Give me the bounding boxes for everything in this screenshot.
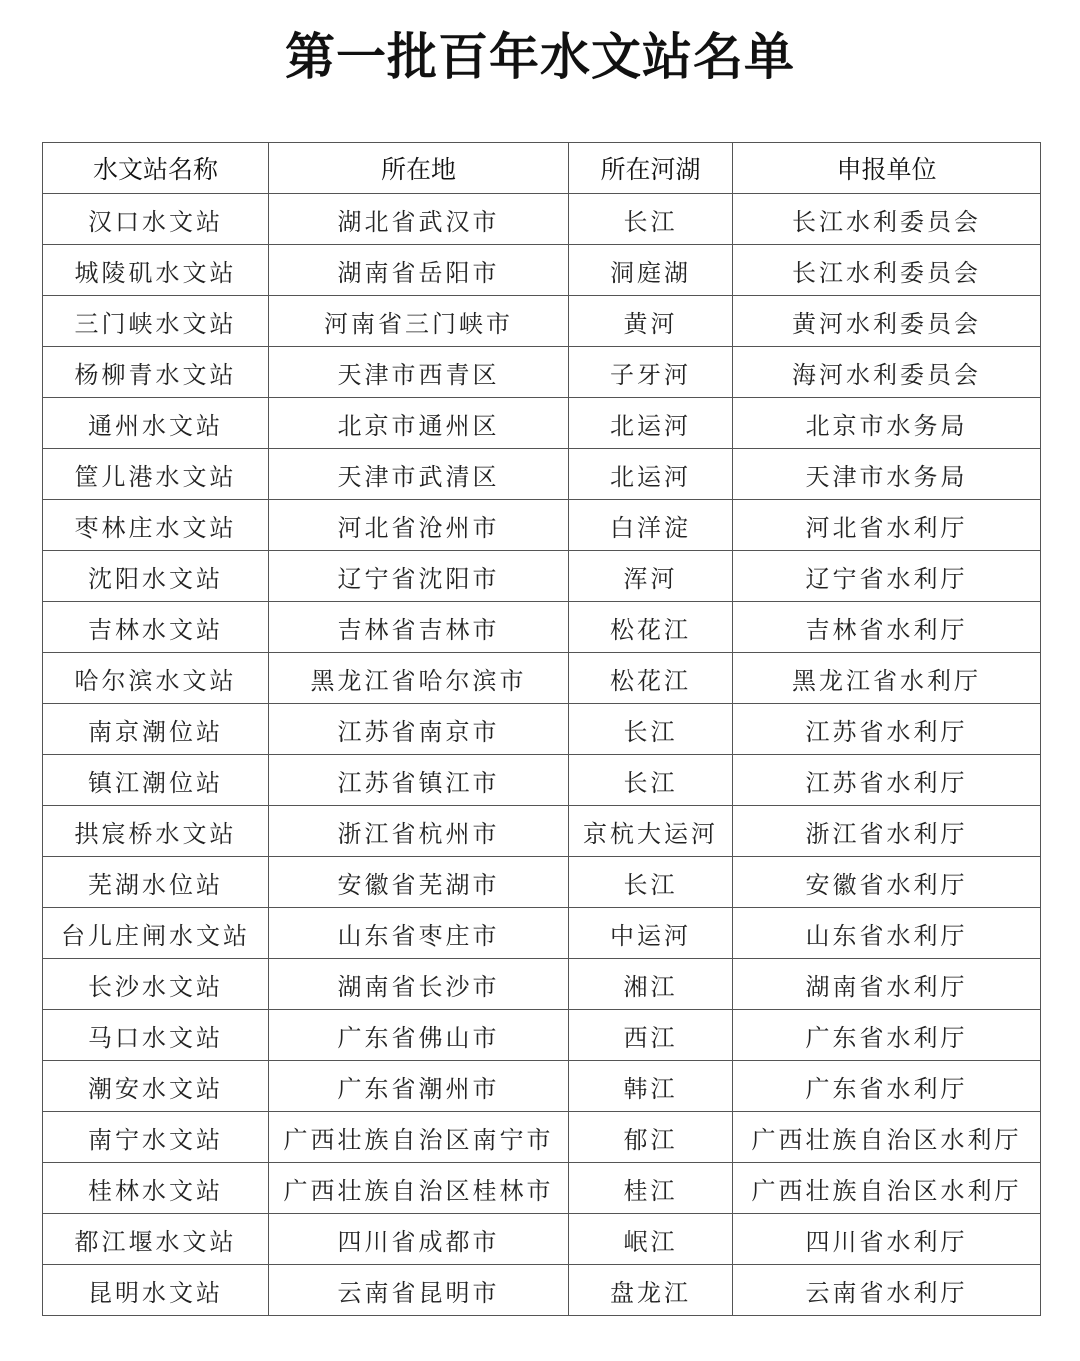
table-row: 吉林水文站吉林省吉林市松花江吉林省水利厅 [43, 602, 1041, 653]
cell-applicant: 湖南省水利厅 [733, 959, 1041, 1010]
cell-station-name: 芜湖水位站 [43, 857, 269, 908]
table-row: 拱宸桥水文站浙江省杭州市京杭大运河浙江省水利厅 [43, 806, 1041, 857]
table-row: 长沙水文站湖南省长沙市湘江湖南省水利厅 [43, 959, 1041, 1010]
cell-station-name: 都江堰水文站 [43, 1214, 269, 1265]
table-row: 桂林水文站广西壮族自治区桂林市桂江广西壮族自治区水利厅 [43, 1163, 1041, 1214]
table-row: 枣林庄水文站河北省沧州市白洋淀河北省水利厅 [43, 500, 1041, 551]
cell-applicant: 浙江省水利厅 [733, 806, 1041, 857]
cell-location: 湖南省长沙市 [269, 959, 569, 1010]
cell-river-lake: 京杭大运河 [569, 806, 733, 857]
cell-applicant: 长江水利委员会 [733, 194, 1041, 245]
cell-river-lake: 松花江 [569, 653, 733, 704]
cell-location: 江苏省镇江市 [269, 755, 569, 806]
cell-station-name: 筐儿港水文站 [43, 449, 269, 500]
cell-river-lake: 长江 [569, 857, 733, 908]
cell-river-lake: 韩江 [569, 1061, 733, 1112]
cell-station-name: 三门峡水文站 [43, 296, 269, 347]
cell-station-name: 台儿庄闸水文站 [43, 908, 269, 959]
cell-applicant: 黑龙江省水利厅 [733, 653, 1041, 704]
cell-location: 浙江省杭州市 [269, 806, 569, 857]
table-row: 哈尔滨水文站黑龙江省哈尔滨市松花江黑龙江省水利厅 [43, 653, 1041, 704]
cell-river-lake: 长江 [569, 755, 733, 806]
cell-river-lake: 洞庭湖 [569, 245, 733, 296]
cell-applicant: 北京市水务局 [733, 398, 1041, 449]
cell-applicant: 吉林省水利厅 [733, 602, 1041, 653]
cell-river-lake: 郁江 [569, 1112, 733, 1163]
cell-location: 广西壮族自治区桂林市 [269, 1163, 569, 1214]
cell-applicant: 江苏省水利厅 [733, 704, 1041, 755]
cell-station-name: 潮安水文站 [43, 1061, 269, 1112]
cell-river-lake: 子牙河 [569, 347, 733, 398]
cell-location: 河北省沧州市 [269, 500, 569, 551]
cell-river-lake: 长江 [569, 194, 733, 245]
cell-applicant: 天津市水务局 [733, 449, 1041, 500]
cell-station-name: 城陵矶水文站 [43, 245, 269, 296]
cell-location: 黑龙江省哈尔滨市 [269, 653, 569, 704]
cell-station-name: 南京潮位站 [43, 704, 269, 755]
cell-applicant: 云南省水利厅 [733, 1265, 1041, 1316]
table-row: 潮安水文站广东省潮州市韩江广东省水利厅 [43, 1061, 1041, 1112]
cell-location: 吉林省吉林市 [269, 602, 569, 653]
header-applicant: 申报单位 [733, 143, 1041, 194]
cell-river-lake: 湘江 [569, 959, 733, 1010]
cell-location: 广东省佛山市 [269, 1010, 569, 1061]
cell-location: 江苏省南京市 [269, 704, 569, 755]
cell-location: 湖南省岳阳市 [269, 245, 569, 296]
cell-applicant: 安徽省水利厅 [733, 857, 1041, 908]
cell-station-name: 镇江潮位站 [43, 755, 269, 806]
document-title: 第一批百年水文站名单 [0, 22, 1080, 92]
cell-river-lake: 白洋淀 [569, 500, 733, 551]
table-row: 汉口水文站湖北省武汉市长江长江水利委员会 [43, 194, 1041, 245]
table-row: 城陵矶水文站湖南省岳阳市洞庭湖长江水利委员会 [43, 245, 1041, 296]
cell-location: 安徽省芜湖市 [269, 857, 569, 908]
header-river-lake: 所在河湖 [569, 143, 733, 194]
cell-river-lake: 桂江 [569, 1163, 733, 1214]
cell-station-name: 杨柳青水文站 [43, 347, 269, 398]
station-table: 水文站名称 所在地 所在河湖 申报单位 汉口水文站湖北省武汉市长江长江水利委员会… [42, 142, 1041, 1316]
cell-applicant: 江苏省水利厅 [733, 755, 1041, 806]
cell-river-lake: 西江 [569, 1010, 733, 1061]
cell-river-lake: 黄河 [569, 296, 733, 347]
cell-location: 湖北省武汉市 [269, 194, 569, 245]
table-row: 马口水文站广东省佛山市西江广东省水利厅 [43, 1010, 1041, 1061]
cell-location: 山东省枣庄市 [269, 908, 569, 959]
cell-applicant: 四川省水利厅 [733, 1214, 1041, 1265]
table-row: 筐儿港水文站天津市武清区北运河天津市水务局 [43, 449, 1041, 500]
cell-applicant: 长江水利委员会 [733, 245, 1041, 296]
cell-location: 广西壮族自治区南宁市 [269, 1112, 569, 1163]
cell-river-lake: 北运河 [569, 398, 733, 449]
cell-station-name: 沈阳水文站 [43, 551, 269, 602]
table-header-row: 水文站名称 所在地 所在河湖 申报单位 [43, 143, 1041, 194]
cell-applicant: 辽宁省水利厅 [733, 551, 1041, 602]
cell-station-name: 南宁水文站 [43, 1112, 269, 1163]
table-row: 沈阳水文站辽宁省沈阳市浑河辽宁省水利厅 [43, 551, 1041, 602]
table-row: 南宁水文站广西壮族自治区南宁市郁江广西壮族自治区水利厅 [43, 1112, 1041, 1163]
cell-applicant: 广东省水利厅 [733, 1061, 1041, 1112]
cell-location: 北京市通州区 [269, 398, 569, 449]
cell-station-name: 桂林水文站 [43, 1163, 269, 1214]
table-row: 通州水文站北京市通州区北运河北京市水务局 [43, 398, 1041, 449]
table-row: 都江堰水文站四川省成都市岷江四川省水利厅 [43, 1214, 1041, 1265]
cell-location: 辽宁省沈阳市 [269, 551, 569, 602]
cell-river-lake: 岷江 [569, 1214, 733, 1265]
cell-location: 四川省成都市 [269, 1214, 569, 1265]
cell-station-name: 汉口水文站 [43, 194, 269, 245]
table-row: 南京潮位站江苏省南京市长江江苏省水利厅 [43, 704, 1041, 755]
cell-river-lake: 长江 [569, 704, 733, 755]
cell-location: 云南省昆明市 [269, 1265, 569, 1316]
cell-station-name: 长沙水文站 [43, 959, 269, 1010]
cell-station-name: 昆明水文站 [43, 1265, 269, 1316]
cell-location: 天津市武清区 [269, 449, 569, 500]
cell-river-lake: 浑河 [569, 551, 733, 602]
header-location: 所在地 [269, 143, 569, 194]
cell-applicant: 海河水利委员会 [733, 347, 1041, 398]
cell-river-lake: 北运河 [569, 449, 733, 500]
cell-applicant: 广东省水利厅 [733, 1010, 1041, 1061]
cell-applicant: 山东省水利厅 [733, 908, 1041, 959]
header-station-name: 水文站名称 [43, 143, 269, 194]
cell-river-lake: 中运河 [569, 908, 733, 959]
table-row: 三门峡水文站河南省三门峡市黄河黄河水利委员会 [43, 296, 1041, 347]
table-row: 台儿庄闸水文站山东省枣庄市中运河山东省水利厅 [43, 908, 1041, 959]
cell-applicant: 广西壮族自治区水利厅 [733, 1112, 1041, 1163]
cell-river-lake: 盘龙江 [569, 1265, 733, 1316]
cell-applicant: 广西壮族自治区水利厅 [733, 1163, 1041, 1214]
table-row: 镇江潮位站江苏省镇江市长江江苏省水利厅 [43, 755, 1041, 806]
cell-station-name: 哈尔滨水文站 [43, 653, 269, 704]
cell-location: 天津市西青区 [269, 347, 569, 398]
cell-station-name: 拱宸桥水文站 [43, 806, 269, 857]
cell-station-name: 枣林庄水文站 [43, 500, 269, 551]
cell-station-name: 吉林水文站 [43, 602, 269, 653]
table-row: 杨柳青水文站天津市西青区子牙河海河水利委员会 [43, 347, 1041, 398]
cell-location: 广东省潮州市 [269, 1061, 569, 1112]
cell-applicant: 黄河水利委员会 [733, 296, 1041, 347]
table-row: 昆明水文站云南省昆明市盘龙江云南省水利厅 [43, 1265, 1041, 1316]
cell-station-name: 通州水文站 [43, 398, 269, 449]
cell-applicant: 河北省水利厅 [733, 500, 1041, 551]
cell-river-lake: 松花江 [569, 602, 733, 653]
cell-location: 河南省三门峡市 [269, 296, 569, 347]
cell-station-name: 马口水文站 [43, 1010, 269, 1061]
table-row: 芜湖水位站安徽省芜湖市长江安徽省水利厅 [43, 857, 1041, 908]
